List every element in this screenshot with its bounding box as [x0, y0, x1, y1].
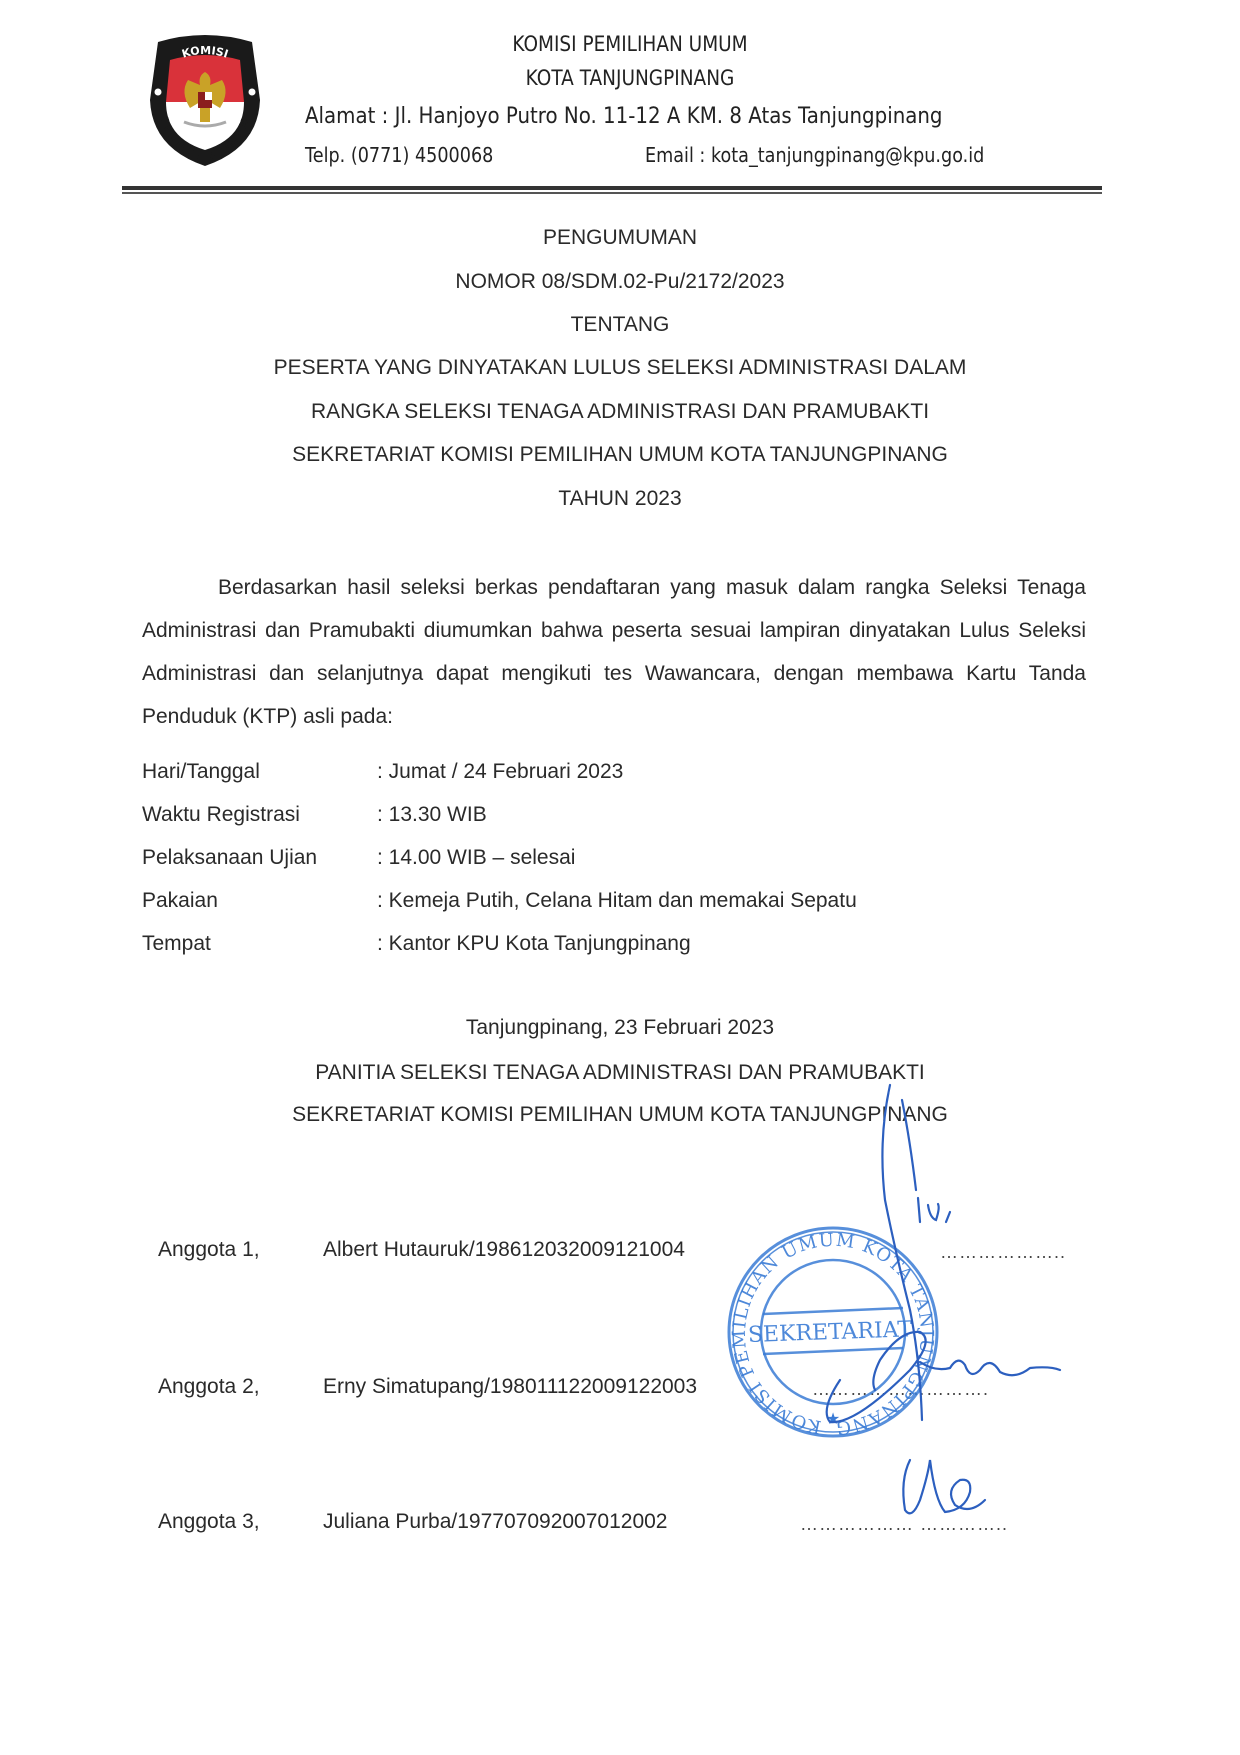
announcement-heading: PENGUMUMAN [0, 226, 1240, 250]
header-rule-thin [122, 192, 1102, 194]
signatory-row: Anggota 2,Erny Simatupang/19801112200912… [158, 1375, 697, 1399]
subject-line-2: RANGKA SELEKSI TENAGA ADMINISTRASI DAN P… [0, 400, 1240, 424]
org-email[interactable]: Email : kota_tanjungpinang@kpu.go.id [645, 143, 984, 167]
org-address: Alamat : Jl. Hanjoyo Putro No. 11-12 A K… [305, 103, 943, 129]
body-paragraph: Berdasarkan hasil seleksi berkas pendaft… [142, 566, 1086, 738]
handwritten-signatures-icon [760, 1080, 1080, 1540]
place-date: Tanjungpinang, 23 Februari 2023 [0, 1016, 1240, 1040]
signatory-name: Erny Simatupang/198011122009122003 [323, 1375, 697, 1398]
signatory-role: Anggota 3, [158, 1510, 323, 1534]
detail-label: Pakaian [142, 889, 377, 913]
signatory-name: Albert Hutauruk/198612032009121004 [323, 1238, 685, 1261]
detail-value: : 14.00 WIB – selesai [377, 846, 575, 869]
detail-row: Pelaksanaan Ujian: 14.00 WIB – selesai [142, 846, 575, 870]
detail-value: : Kantor KPU Kota Tanjungpinang [377, 932, 691, 955]
org-phone: Telp. (0771) 4500068 [305, 143, 493, 167]
detail-row: Tempat: Kantor KPU Kota Tanjungpinang [142, 932, 691, 956]
detail-label: Tempat [142, 932, 377, 956]
detail-label: Hari/Tanggal [142, 760, 377, 784]
signatory-role: Anggota 1, [158, 1238, 323, 1262]
detail-value: : Kemeja Putih, Celana Hitam dan memakai… [377, 889, 857, 912]
org-name: KOMISI PEMILIHAN UMUM [322, 32, 938, 56]
signatory-name: Juliana Purba/197707092007012002 [323, 1510, 667, 1533]
announcement-about: TENTANG [0, 313, 1240, 337]
subject-line-3: SEKRETARIAT KOMISI PEMILIHAN UMUM KOTA T… [0, 443, 1240, 467]
detail-label: Waktu Registrasi [142, 803, 377, 827]
signatory-role: Anggota 2, [158, 1375, 323, 1399]
detail-row: Waktu Registrasi: 13.30 WIB [142, 803, 487, 827]
kpu-logo-icon: KOMISI PEMILIHAN UMUM [140, 30, 270, 170]
detail-value: : Jumat / 24 Februari 2023 [377, 760, 623, 783]
detail-value: : 13.30 WIB [377, 803, 487, 826]
signatory-row: Anggota 1,Albert Hutauruk/19861203200912… [158, 1238, 685, 1262]
signatory-row: Anggota 3,Juliana Purba/1977070920070120… [158, 1510, 667, 1534]
detail-label: Pelaksanaan Ujian [142, 846, 377, 870]
detail-row: Pakaian: Kemeja Putih, Celana Hitam dan … [142, 889, 857, 913]
subject-line-4: TAHUN 2023 [0, 487, 1240, 511]
header-rule-thick [122, 186, 1102, 190]
announcement-number: NOMOR 08/SDM.02-Pu/2172/2023 [0, 270, 1240, 294]
org-city: KOTA TANJUNGPINANG [322, 66, 938, 90]
subject-line-1: PESERTA YANG DINYATAKAN LULUS SELEKSI AD… [0, 356, 1240, 380]
detail-row: Hari/Tanggal: Jumat / 24 Februari 2023 [142, 760, 623, 784]
